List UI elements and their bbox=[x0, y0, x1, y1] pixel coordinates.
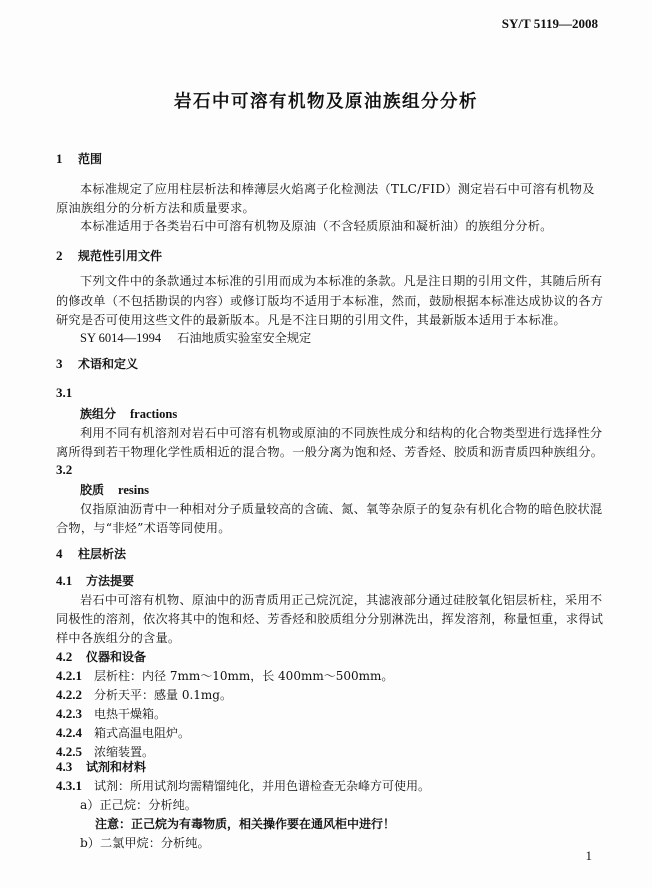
section-title: 范围 bbox=[78, 152, 102, 166]
reference-code: SY 6014—1994 bbox=[80, 331, 161, 345]
section-title: 规范性引用文件 bbox=[78, 249, 162, 263]
subsection-title: 仪器和设备 bbox=[86, 650, 146, 664]
equipment-item: 4.2.1层析柱：内径 7mm～10mm，长 400mm～500mm。 bbox=[56, 667, 393, 684]
definition-line: 利用不同有机溶剂对岩石中可溶有机物或原油的不同族性成分和结构的化合物类型进行选择… bbox=[80, 424, 620, 441]
subsection-title: 试剂和材料 bbox=[86, 760, 146, 774]
document-title: 岩石中可溶有机物及原油族组分分析 bbox=[0, 88, 652, 113]
paragraph-line: 样中各族组分的含量。 bbox=[56, 629, 596, 646]
paragraph-line: 岩石中可溶有机物、原油中的沥青质用正己烷沉淀，其滤液部分通过硅胶氧化铝层析柱，采… bbox=[80, 591, 620, 608]
definition-line: 仅指原油沥青中一种相对分子质量较高的含硫、氮、氧等杂原子的复杂有机化合物的暗色胶… bbox=[80, 500, 620, 517]
term-zh: 胶质 bbox=[80, 483, 104, 497]
reference-title: 石油地质实验室安全规定 bbox=[177, 331, 311, 345]
page-number: 1 bbox=[586, 848, 593, 864]
term-en: fractions bbox=[130, 407, 177, 421]
paragraph-line: 本标准规定了应用柱层析法和棒薄层火焰离子化检测法（TLC/FID）测定岩石中可溶… bbox=[80, 180, 620, 197]
section-1-heading: 1范围 bbox=[56, 150, 102, 167]
subsection-4-3-heading: 4.3试剂和材料 bbox=[56, 758, 146, 775]
term-zh: 族组分 bbox=[80, 407, 116, 421]
list-item-b: b）二氯甲烷：分析纯。 bbox=[80, 834, 210, 851]
paragraph-line: 原油族组分的分析方法和质量要求。 bbox=[56, 199, 596, 216]
paragraph-line: 同极性的溶剂，依次将其中的饱和烃、芳香烃和胶质组分分别淋洗出，挥发溶剂，称量恒重… bbox=[56, 610, 596, 627]
list-item-a: a）正己烷：分析纯。 bbox=[80, 796, 197, 813]
definition-line: 合物，与“非烃”术语等同使用。 bbox=[56, 519, 596, 536]
equipment-item: 4.2.2分析天平：感量 0.1mg。 bbox=[56, 686, 232, 703]
section-2-heading: 2规范性引用文件 bbox=[56, 247, 162, 264]
section-3-heading: 3术语和定义 bbox=[56, 355, 138, 372]
section-title: 柱层析法 bbox=[78, 547, 126, 561]
standard-number: SY/T 5119—2008 bbox=[0, 16, 598, 32]
section-number: 1 bbox=[56, 151, 78, 167]
section-4-heading: 4柱层析法 bbox=[56, 545, 126, 562]
term-3-1-number: 3.1 bbox=[56, 385, 86, 401]
paragraph-line: 本标准适用于各类岩石中可溶有机物及原油（不含轻质原油和凝析油）的族组分分析。 bbox=[80, 217, 620, 234]
paragraph-line: 的修改单（不包括勘误的内容）或修订版均不适用于本标准，然而，鼓励根据本标准达成协… bbox=[56, 292, 596, 309]
term-3-2-number: 3.2 bbox=[56, 462, 86, 478]
reagent-item: 4.3.1试剂：所用试剂均需精馏纯化，并用色谱检查无杂峰方可使用。 bbox=[56, 777, 430, 794]
term-en: resins bbox=[118, 483, 149, 497]
subsection-4-1-heading: 4.1方法提要 bbox=[56, 572, 134, 589]
section-number: 3 bbox=[56, 356, 78, 372]
definition-line: 离所得到若干物理化学性质相近的混合物。一般分离为饱和烃、芳香烃、胶质和沥青质四种… bbox=[56, 443, 596, 460]
equipment-item: 4.2.3电热干燥箱。 bbox=[56, 705, 166, 722]
equipment-item: 4.2.4箱式高温电阻炉。 bbox=[56, 724, 190, 741]
normative-reference: SY 6014—1994石油地质实验室安全规定 bbox=[80, 329, 311, 346]
section-title: 术语和定义 bbox=[78, 357, 138, 371]
subsection-title: 方法提要 bbox=[86, 574, 134, 588]
section-number: 4 bbox=[56, 546, 78, 562]
term-resins: 胶质resins bbox=[80, 481, 149, 498]
term-fractions: 族组分fractions bbox=[80, 405, 177, 422]
safety-note: 注意：正己烷为有毒物质，相关操作要在通风柜中进行！ bbox=[95, 815, 395, 832]
section-number: 2 bbox=[56, 248, 78, 264]
paragraph-line: 下列文件中的条款通过本标准的引用而成为本标准的条款。凡是注日期的引用文件，其随后… bbox=[80, 272, 620, 289]
subsection-4-2-heading: 4.2仪器和设备 bbox=[56, 648, 146, 665]
paragraph-line: 研究是否可使用这些文件的最新版本。凡是不注日期的引用文件，其最新版本适用于本标准… bbox=[56, 311, 596, 328]
